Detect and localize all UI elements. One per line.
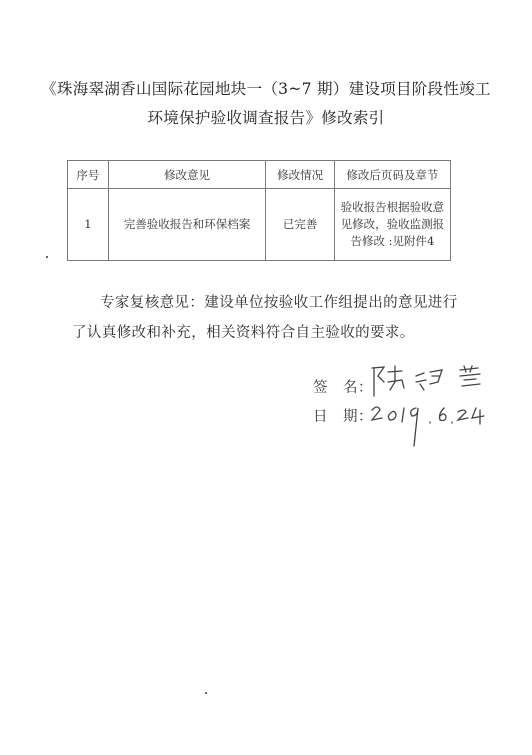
document-title-line1: 《珠海翠湖香山国际花园地块一（3~7 期）建设项目阶段性竣工 xyxy=(0,77,532,99)
expert-review-line2: 了认真修改和补充，相关资料符合自主验收的要求。 xyxy=(72,318,462,348)
cell-no: 1 xyxy=(68,189,109,261)
header-location: 修改后页码及章节 xyxy=(334,161,450,189)
scan-artifact-dot xyxy=(46,256,48,258)
scan-artifact-dot xyxy=(205,692,207,694)
handwritten-signature xyxy=(368,362,498,402)
signature-label: 签 名： xyxy=(313,376,373,397)
header-status: 修改情况 xyxy=(266,161,335,189)
date-label: 日 期： xyxy=(313,405,373,426)
header-no: 序号 xyxy=(68,161,109,189)
cell-status: 已完善 xyxy=(266,189,335,261)
header-opinion: 修改意见 xyxy=(108,161,266,189)
revision-index-table: 序号 修改意见 修改情况 修改后页码及章节 1 完善验收报告和环保档案 已完善 … xyxy=(67,160,451,261)
handwritten-date xyxy=(368,398,498,450)
expert-review-line1: 专家复核意见：建设单位按验收工作组提出的意见进行 xyxy=(78,288,468,318)
table-row: 1 完善验收报告和环保档案 已完善 验收报告根据验收意见修改，验收监测报告修改 … xyxy=(68,189,451,261)
cell-location: 验收报告根据验收意见修改，验收监测报告修改 :见附件4 xyxy=(334,189,450,261)
cell-opinion: 完善验收报告和环保档案 xyxy=(108,189,266,261)
table-header-row: 序号 修改意见 修改情况 修改后页码及章节 xyxy=(68,161,451,189)
expert-review-text1: 专家复核意见：建设单位按验收工作组提出的意见进行 xyxy=(100,295,458,311)
document-title-line2: 环境保护验收调查报告》修改索引 xyxy=(0,106,532,128)
